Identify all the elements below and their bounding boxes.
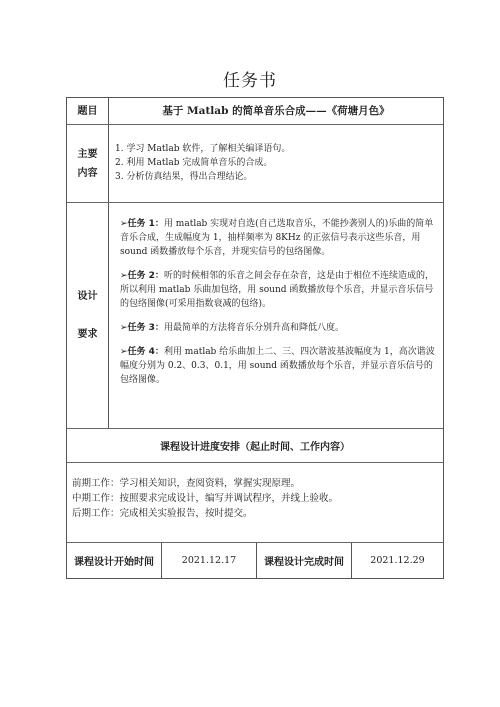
end-date-label: 课程设计完成时间 — [257, 543, 352, 578]
start-date-value: 2021.12.17 — [162, 543, 257, 578]
label-line: 内容 — [78, 168, 98, 179]
design-requirements-label: 设计要求 — [67, 203, 109, 428]
document-title: 任务书 — [0, 66, 500, 91]
schedule-item: 后期工作：完成相关实验报告，按时提交。 — [72, 506, 437, 521]
task-tag: ➢任务 2： — [120, 271, 164, 281]
schedule-item: 前期工作：学习相关知识，查阅资料，掌握实现原理。 — [72, 476, 437, 491]
task-tag: ➢任务 4： — [120, 347, 164, 357]
task-item: ➢任务 1：用 matlab 实现对自选(自己选取音乐，不能抄袭别人的)乐曲的简… — [120, 217, 437, 259]
task-text: 听的时候相邻的乐音之间会存在杂音，这是由于相位不连续造成的，所以利用 matla… — [120, 271, 434, 309]
topic-label: 题目 — [67, 98, 109, 124]
task-item: ➢任务 4：利用 matlab 给乐曲加上二、三、四次谐波基波幅度为 1，高次谐… — [120, 345, 437, 387]
schedule-row: 前期工作：学习相关知识，查阅资料，掌握实现原理。 中期工作：按照要求完成设计，编… — [67, 463, 443, 543]
topic-row: 题目 基于 Matlab 的简单音乐合成——《荷塘月色》 — [67, 98, 443, 125]
label-line: 要求 — [78, 329, 98, 340]
end-date-value: 2021.12.29 — [352, 543, 443, 578]
topic-value: 基于 Matlab 的简单音乐合成——《荷塘月色》 — [109, 98, 443, 124]
schedule-list: 前期工作：学习相关知识，查阅资料，掌握实现原理。 中期工作：按照要求完成设计，编… — [67, 463, 443, 542]
schedule-header: 课程设计进度安排（起止时间、工作内容） — [160, 438, 350, 453]
task-text: 用最简单的方法将音乐分别升高和降低八度。 — [164, 323, 344, 333]
list-item: 2. 利用 Matlab 完成简单音乐的合成。 — [115, 156, 437, 170]
main-content-list: 1. 学习 Matlab 软件，了解相关编译语句。 2. 利用 Matlab 完… — [109, 125, 443, 202]
task-item: ➢任务 2：听的时候相邻的乐音之间会存在杂音，这是由于相位不连续造成的，所以利用… — [120, 269, 437, 311]
dates-row: 课程设计开始时间 2021.12.17 课程设计完成时间 2021.12.29 — [67, 543, 443, 578]
task-list: ➢任务 1：用 matlab 实现对自选(自己选取音乐，不能抄袭别人的)乐曲的简… — [109, 203, 443, 428]
task-table: 题目 基于 Matlab 的简单音乐合成——《荷塘月色》 主要内容 1. 学习 … — [66, 97, 444, 579]
task-tag: ➢任务 3： — [120, 323, 164, 333]
main-content-label: 主要内容 — [67, 125, 109, 202]
main-content-row: 主要内容 1. 学习 Matlab 软件，了解相关编译语句。 2. 利用 Mat… — [67, 125, 443, 203]
schedule-header-row: 课程设计进度安排（起止时间、工作内容） — [67, 429, 443, 463]
task-text: 利用 matlab 给乐曲加上二、三、四次谐波基波幅度为 1，高次谐波幅度分别为… — [120, 347, 435, 385]
start-date-label: 课程设计开始时间 — [67, 543, 162, 578]
label-line: 主要 — [78, 149, 98, 160]
task-tag: ➢任务 1： — [120, 219, 164, 229]
task-text: 用 matlab 实现对自选(自己选取音乐，不能抄袭别人的)乐曲的简单音乐合成，… — [120, 219, 433, 257]
list-item: 3. 分析仿真结果，得出合理结论。 — [115, 170, 437, 184]
label-line: 设计 — [78, 291, 98, 302]
schedule-item: 中期工作：按照要求完成设计，编写并调试程序，并线上验收。 — [72, 491, 437, 506]
design-requirements-row: 设计要求 ➢任务 1：用 matlab 实现对自选(自己选取音乐，不能抄袭别人的… — [67, 203, 443, 429]
list-item: 1. 学习 Matlab 软件，了解相关编译语句。 — [115, 142, 437, 156]
task-item: ➢任务 3：用最简单的方法将音乐分别升高和降低八度。 — [120, 321, 437, 335]
